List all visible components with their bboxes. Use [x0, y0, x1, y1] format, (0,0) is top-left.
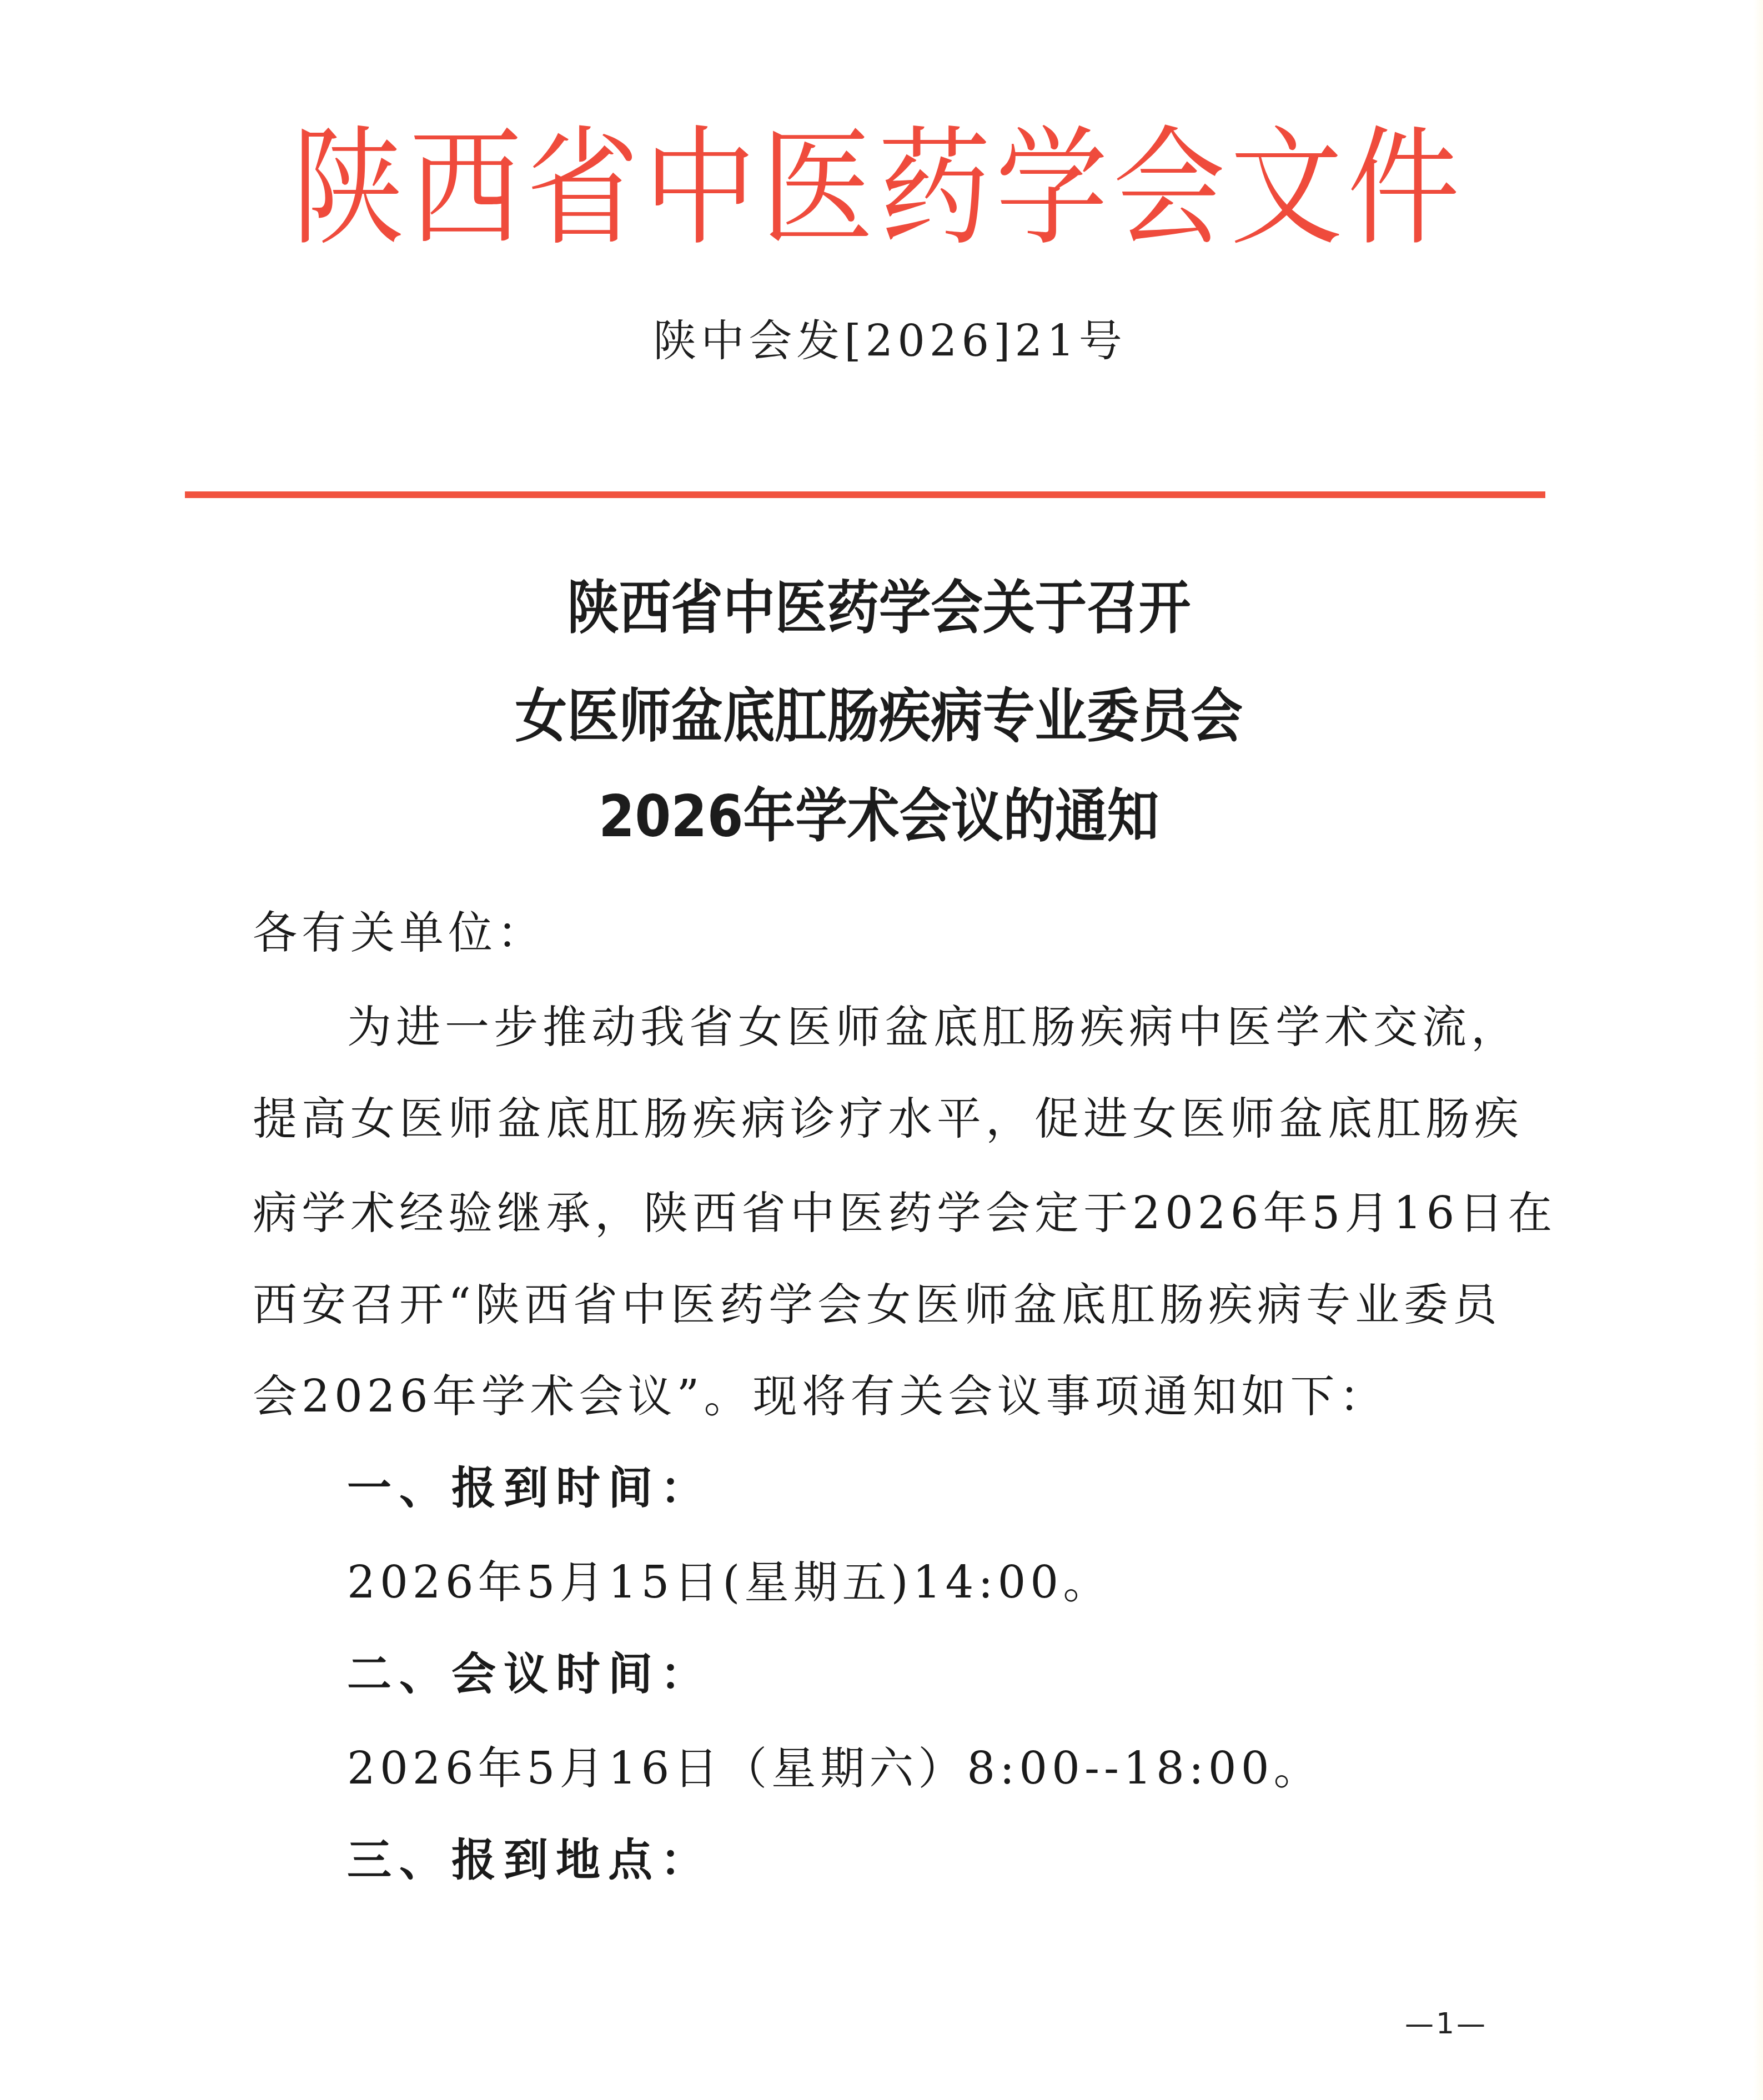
- intro-line: 为进一步推动我省女医师盆底肛肠疾病中医学术交流，: [347, 999, 1596, 1055]
- salutation: 各有关单位：: [253, 905, 1502, 961]
- section-heading-meeting-time: 二、会议时间：: [347, 1646, 1596, 1702]
- notice-title-line-3: 2026年学术会议的通知: [86, 780, 1672, 852]
- org-file-title: 陕西省中医药学会文件: [103, 119, 1654, 258]
- section-content-registration-time: 2026年5月15日(星期五)14:00。: [347, 1555, 1596, 1610]
- intro-line: 会2026年学术会议”。现将有关会议事项通知如下：: [253, 1369, 1502, 1424]
- intro-line: 提高女医师盆底肛肠疾病诊疗水平，促进女医师盆底肛肠疾: [253, 1091, 1502, 1147]
- intro-line: 西安召开“陕西省中医药学会女医师盆底肛肠疾病专业委员: [253, 1277, 1502, 1333]
- section-content-meeting-time: 2026年5月16日（星期六）8:00--18:00。: [347, 1741, 1596, 1796]
- notice-title-line-2: 女医师盆底肛肠疾病专业委员会: [86, 680, 1672, 752]
- page-number: —1—: [1405, 2007, 1488, 2041]
- notice-title-line-1: 陕西省中医药学会关于召开: [86, 572, 1672, 644]
- intro-line: 病学术经验继承，陕西省中医药学会定于2026年5月16日在: [253, 1185, 1502, 1241]
- section-heading-registration-time: 一、报到时间：: [347, 1460, 1596, 1516]
- red-divider: [185, 491, 1545, 498]
- document-number: 陕中会发[2026]21号: [0, 314, 1763, 369]
- section-heading-registration-place: 三、报到地点：: [347, 1832, 1596, 1888]
